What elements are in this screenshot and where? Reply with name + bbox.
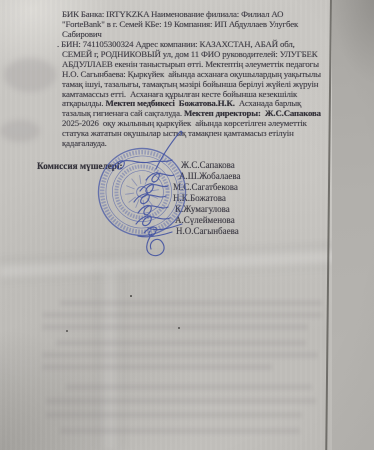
paper-edge-strip — [332, 0, 374, 450]
member-name: Н.О.Сагынбаева — [173, 226, 240, 237]
document-line: "ForteBank" в г. Семей КБе: 19 Компания:… — [62, 20, 334, 30]
bleed-through-line — [60, 428, 300, 434]
member-name: Н.К.Божатова — [173, 193, 240, 204]
member-name: М.С.Сагатбекова — [173, 182, 240, 193]
bleed-through-line — [42, 324, 308, 330]
bleed-through-line — [42, 312, 322, 318]
bleed-through-line — [66, 384, 312, 390]
bleed-through-blob — [4, 58, 56, 92]
paper-speck — [130, 295, 132, 297]
document-line: қадағалауда. — [62, 139, 334, 149]
bleed-through-line — [46, 398, 316, 404]
commission-members-list: Ж.С.Сапакова А.Ш.Жобалаева М.С.Сагатбеко… — [173, 160, 240, 237]
bold-phrase-director: Мектеп директоры: Ж.С.Сапакова — [184, 108, 321, 118]
bleed-through-line — [56, 340, 306, 346]
document-text: БИК Банка: IRTYKZKA Наименование филиала… — [62, 10, 334, 149]
bleed-through-line — [60, 300, 322, 306]
commission-members-label: Комиссия мүшелері: — [37, 161, 123, 171]
bleed-through-blob — [0, 120, 40, 142]
paper-speck — [178, 327, 180, 329]
paper-fold-vertical — [96, 270, 124, 450]
bleed-through-line — [42, 352, 318, 358]
paper-speck — [66, 330, 68, 332]
document-photo: БИК Банка: IRTYKZKA Наименование филиала… — [0, 0, 374, 450]
bleed-through-line — [42, 364, 272, 370]
bold-phrase-nurse: Мектеп медбикесі Божатова.Н.К. — [106, 98, 235, 108]
member-name: К.Жумагулова — [173, 204, 240, 215]
edge-strip-shadow — [332, 0, 374, 450]
member-name: А.Сүлейменова — [173, 215, 240, 226]
member-name: А.Ш.Жобалаева — [173, 171, 240, 182]
member-name: Ж.С.Сапакова — [173, 160, 240, 171]
bleed-through-line — [46, 412, 302, 418]
